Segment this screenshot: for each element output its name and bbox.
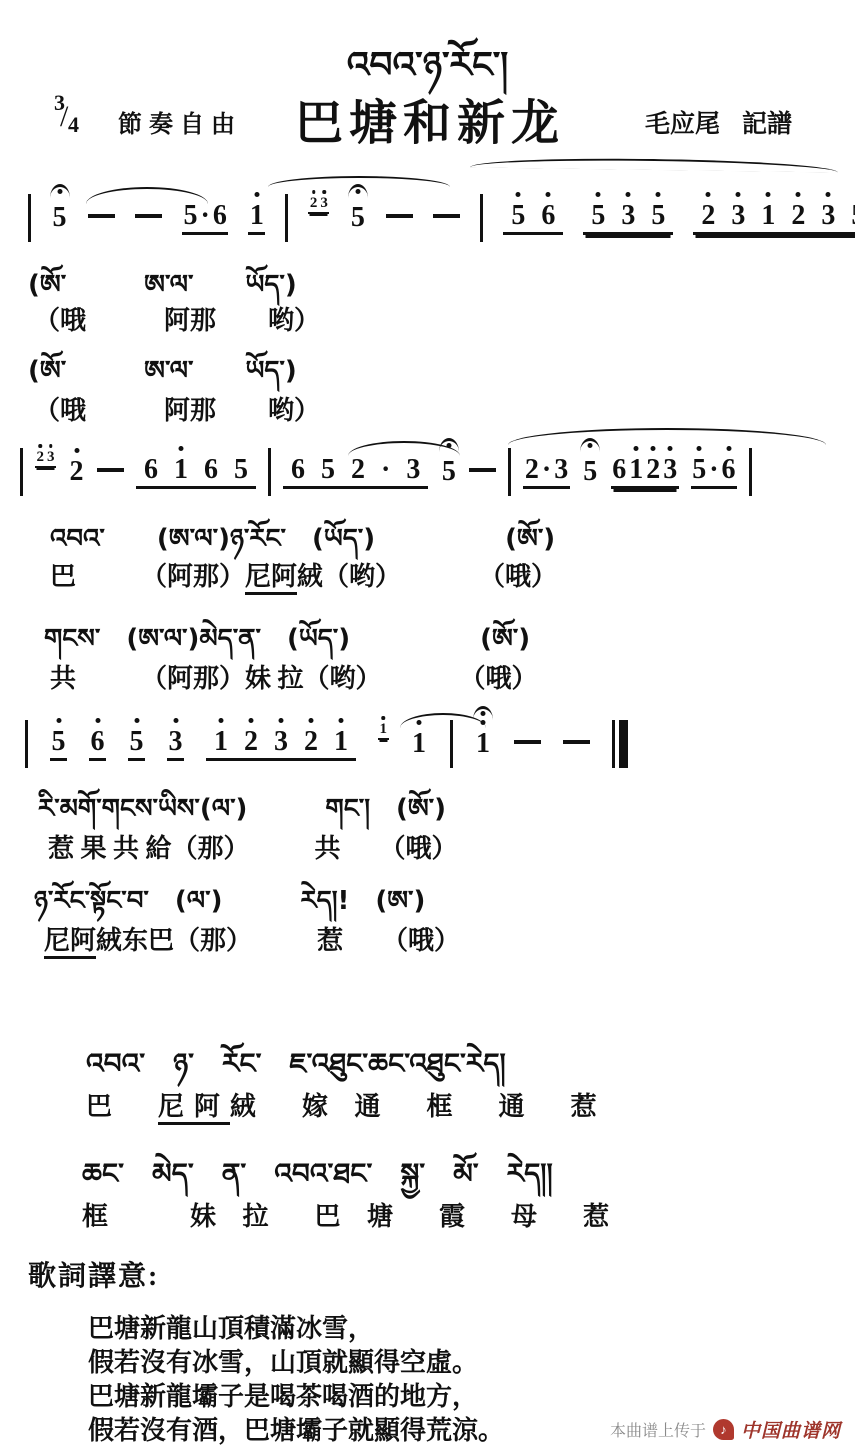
- note-digit: 2: [236, 728, 266, 756]
- music-note-logo-icon: ♪: [713, 1419, 734, 1440]
- note: 5·6: [182, 202, 228, 235]
- barline: [480, 194, 483, 242]
- lyric-segment: 巴: [86, 1092, 158, 1121]
- note-digit: 5: [51, 204, 68, 232]
- note: 1: [248, 202, 265, 235]
- note-digit: 5: [583, 202, 613, 230]
- translation-line: 巴塘新龍壩子是喝茶喝酒的地方，: [88, 1376, 478, 1413]
- fermata-icon: [50, 184, 70, 198]
- grace-note: 23: [35, 450, 56, 468]
- duration-dash: [88, 214, 115, 218]
- transcriber-credit: 毛应尾記譜: [645, 104, 792, 140]
- note-digit: 3: [723, 202, 753, 230]
- note-digit: 3: [553, 456, 570, 484]
- note-digit: 6: [283, 456, 313, 484]
- note-digit: ·: [199, 202, 211, 230]
- note: 5: [349, 204, 366, 232]
- lyric-segment: 巴 （阿那）: [50, 562, 245, 591]
- translation-line: 假若沒有酒，巴塘壩子就顯得荒涼。: [88, 1410, 504, 1447]
- fermata-icon: [348, 184, 368, 198]
- barline: [285, 194, 288, 242]
- duration-dash: [563, 740, 590, 744]
- duration-dash: [386, 214, 413, 218]
- note-digit: 5: [582, 458, 599, 486]
- lyric-segment-underlined: 尼阿: [44, 926, 96, 959]
- song-title: 巴塘和新龙: [295, 84, 565, 153]
- transcriber-name: 毛应尾: [645, 111, 720, 138]
- watermark-text: 本曲谱上传于: [610, 1418, 706, 1441]
- note-digit: 1: [206, 728, 236, 756]
- duration-dash: [97, 468, 124, 472]
- grace-note: 23: [308, 196, 329, 214]
- lyric-line-chinese: 巴 （阿那）尼阿絨（哟） （哦）: [50, 556, 557, 593]
- note-digit: 3: [813, 202, 843, 230]
- note-digit: 2: [693, 202, 723, 230]
- note: 2·3: [523, 456, 569, 489]
- note-digit: 5: [843, 202, 855, 230]
- note-digit: ·: [540, 456, 552, 484]
- lyric-line-chinese: 共 （阿那）妹 拉（哟） （哦）: [50, 658, 538, 695]
- note-digit: 1: [248, 202, 265, 230]
- lyric-segment: 絨 嫁 通 框 通 惹: [230, 1092, 607, 1121]
- note: 6: [89, 728, 106, 761]
- lyric-segment: 絨东巴（那） 惹 （哦）: [96, 926, 460, 955]
- lyric-line-chinese: 尼阿絨东巴（那） 惹 （哦）: [44, 920, 460, 957]
- note-digit: 1: [628, 456, 645, 484]
- note-digit: 5: [691, 456, 708, 484]
- music-system-2: 2326165652·352·3561235·6: [14, 438, 758, 506]
- note: 12321: [206, 728, 356, 761]
- note-digit: 1: [411, 730, 428, 758]
- duration-dash: [469, 468, 496, 472]
- note-digit: 6: [533, 202, 563, 230]
- time-signature-denominator: 4: [68, 112, 79, 138]
- note-digit: 1: [166, 456, 196, 484]
- lyric-segment: 絨（哟） （哦）: [297, 562, 557, 591]
- tempo-marking: 節奏自由: [118, 104, 242, 139]
- note-digit: 2: [308, 196, 319, 211]
- grace-note: 1: [378, 722, 389, 740]
- transcriber-role: 記譜: [742, 111, 792, 138]
- verse-line-chinese: 框 妹 拉 巴 塘 霞 母 惹: [82, 1196, 619, 1233]
- note-digit: 6: [136, 456, 166, 484]
- lyric-segment-underlined: 尼阿: [245, 562, 297, 595]
- note-digit: 2: [296, 728, 326, 756]
- note-digit: ·: [708, 456, 720, 484]
- verse-line-chinese: 巴 尼阿絨 嫁 通 框 通 惹: [86, 1086, 607, 1123]
- note-digit: 2: [645, 456, 662, 484]
- final-barline: [612, 720, 628, 768]
- note-digit: 5: [226, 456, 256, 484]
- watermark-site-name: 中国曲谱网: [741, 1416, 841, 1443]
- note-digit: 5: [349, 204, 366, 232]
- translation-heading: 歌詞譯意:: [28, 1254, 159, 1294]
- barline: [268, 448, 271, 496]
- lyric-line-chinese: （哦 阿那 哟）: [34, 300, 320, 337]
- note: 231235: [693, 202, 855, 235]
- slur-arc: [470, 156, 838, 172]
- note: 5: [582, 458, 599, 486]
- note: 6165: [136, 456, 256, 489]
- note-digit: 5: [182, 202, 199, 230]
- lyric-line-chinese: （哦 阿那 哟）: [34, 390, 320, 427]
- note-digit: 6: [611, 456, 628, 484]
- note: 652·3: [283, 456, 428, 489]
- note-digit: 3: [662, 456, 679, 484]
- note-digit: 2: [783, 202, 813, 230]
- barline: [28, 194, 31, 242]
- note-digit: 3: [46, 450, 57, 465]
- note: 6123: [611, 456, 679, 489]
- note-digit: 3: [613, 202, 643, 230]
- translation-line: 巴塘新龍山頂積滿冰雪，: [88, 1308, 374, 1345]
- note-digit: 1: [378, 722, 389, 737]
- note-digit: 5: [50, 728, 67, 756]
- barline: [749, 448, 752, 496]
- note-digit: 6: [211, 202, 228, 230]
- barline: [450, 720, 453, 768]
- note-digit: 2: [35, 450, 46, 465]
- note: 5: [128, 728, 145, 761]
- barline: [508, 448, 511, 496]
- translation-line: 假若沒有冰雪，山頂就顯得空虛。: [88, 1342, 478, 1379]
- note: 2: [68, 458, 85, 486]
- note-digit: 6: [720, 456, 737, 484]
- note: 1: [411, 730, 428, 758]
- note-digit: 1: [326, 728, 356, 756]
- music-system-1: 55·6123556535231235: [18, 184, 855, 252]
- note: 3: [167, 728, 184, 761]
- fermata-icon: [473, 706, 493, 720]
- barline: [25, 720, 28, 768]
- note: 5: [440, 458, 457, 486]
- note-digit: 5: [313, 456, 343, 484]
- note: 56: [503, 202, 563, 235]
- watermark: 本曲谱上传于 ♪ 中国曲谱网: [610, 1416, 841, 1443]
- note-digit: 2: [343, 456, 373, 484]
- note-digit: 1: [475, 730, 492, 758]
- duration-dash: [135, 214, 162, 218]
- note: 5: [50, 728, 67, 761]
- lyric-segment-underlined: 尼阿: [158, 1092, 230, 1125]
- note-digit: 3: [319, 196, 330, 211]
- note-digit: 6: [89, 728, 106, 756]
- note-digit: 3: [266, 728, 296, 756]
- note: 5: [51, 204, 68, 232]
- note-digit: 6: [196, 456, 226, 484]
- fermata-icon: [439, 438, 459, 452]
- note-digit: 5: [128, 728, 145, 756]
- note-digit: 5: [643, 202, 673, 230]
- lyric-line-chinese: 惹 果 共 給（那） 共 （哦）: [48, 828, 458, 865]
- note-digit: 5: [440, 458, 457, 486]
- note-digit: 2: [68, 458, 85, 486]
- note: 1: [475, 730, 492, 758]
- note: 5·6: [691, 456, 737, 489]
- note-digit: 2: [523, 456, 540, 484]
- note-digit: 1: [753, 202, 783, 230]
- barline: [20, 448, 23, 496]
- sheet-music-page: འབའ་ཉ་རོང་། 3 / 4 節奏自由 巴塘和新龙 毛应尾記譜 55·61…: [0, 0, 855, 1454]
- note-digit: 5: [503, 202, 533, 230]
- note-digit: ·: [373, 456, 398, 484]
- time-signature: 3 / 4: [52, 90, 86, 142]
- note-digit: 3: [167, 728, 184, 756]
- note: 535: [583, 202, 673, 235]
- music-system-3: 565312321111: [14, 710, 639, 778]
- duration-dash: [433, 214, 460, 218]
- duration-dash: [514, 740, 541, 744]
- fermata-icon: [580, 438, 600, 452]
- note-digit: 3: [398, 456, 428, 484]
